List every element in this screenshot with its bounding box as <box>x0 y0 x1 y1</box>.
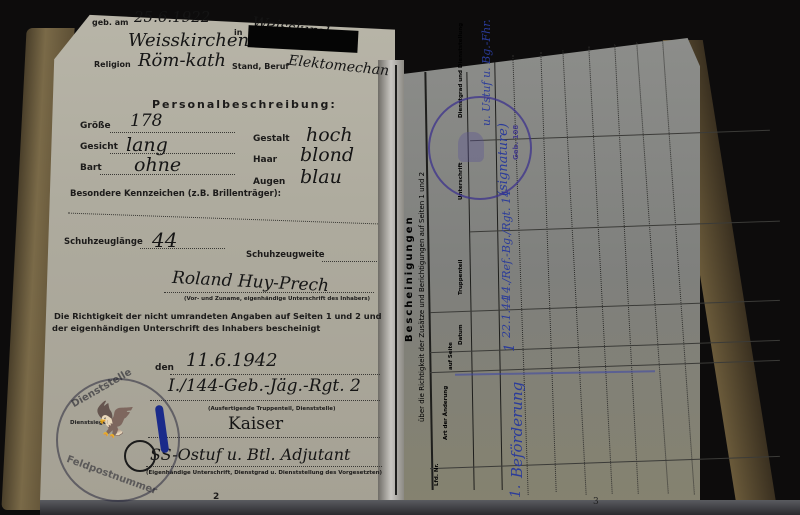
row-truppenteil: 14./Ref.-Bg./Rgt. 14 <box>500 190 513 300</box>
right-page <box>390 38 700 508</box>
cert-date-value: 11.6.1942 <box>186 350 278 371</box>
religion-label: Religion <box>94 60 131 69</box>
field-label-hair: Haar <box>253 155 277 165</box>
field-value-eyes: blau <box>300 166 342 188</box>
field-value-beard: ohne <box>134 154 181 176</box>
right-page-title: Bescheinigungen <box>404 215 415 342</box>
column-header-seite: auf Seite <box>448 342 454 370</box>
field-value-face: lang <box>126 134 168 156</box>
wreath-emblem-icon <box>124 440 156 472</box>
section-title: Personalbeschreibung: <box>152 98 337 111</box>
column-header-datum: Datum <box>458 324 464 345</box>
field-label-height: Größe <box>80 121 111 131</box>
row-datum: 22.1.44 <box>500 296 513 338</box>
field-label-beard: Bart <box>80 163 102 173</box>
birth-date-label: geb. am <box>92 18 128 27</box>
row-art: Beförderung <box>508 382 526 478</box>
right-page-subtitle: über die Richtigkeit der Zusätze und Ber… <box>418 172 426 422</box>
field-label-eyes: Augen <box>253 177 285 187</box>
unit-value: I./144-Geb.-Jäg.-Rgt. 2 <box>168 376 361 396</box>
row-seite: 1 <box>502 343 518 352</box>
table-surface <box>40 500 800 515</box>
field-label-face: Gesicht <box>80 142 118 152</box>
eagle-emblem-right-icon <box>458 132 484 162</box>
birth-date-value: 25.6.1922 <box>134 8 210 26</box>
document-photo: geb. am 25.6.1922 in Weisskirchen Weissk… <box>0 0 800 515</box>
stamp-right-text: Geb. 108 <box>512 125 520 160</box>
column-header-truppenteil: Truppenteil <box>458 260 464 295</box>
certification-text-1: Die Richtigkeit der nicht umrandeten Ang… <box>54 311 382 321</box>
shoe-length-value: 44 <box>152 228 177 252</box>
holder-signature-caption: (Vor- und Zuname, eigenhändige Unterschr… <box>184 296 370 302</box>
page-number-left: 2 <box>213 492 219 502</box>
shoe-length-label: Schuhzeuglänge <box>64 237 143 247</box>
field-value-height: 178 <box>130 111 162 131</box>
column-header-art: Art der Änderung <box>443 386 449 440</box>
row-nr: 1. <box>508 485 524 498</box>
cert-date-label: den <box>155 363 174 373</box>
officer-caption: (Eigenhändige Unterschrift, Dienstgrad u… <box>146 470 382 476</box>
page-number-right: 3 <box>593 497 599 507</box>
officer-name: Kaiser <box>228 414 283 434</box>
eagle-emblem-icon: 🦅 <box>94 400 136 440</box>
field-label-build: Gestalt <box>253 134 290 144</box>
occupation-label: Stand, Beruf <box>232 62 289 71</box>
unit-caption: (Ausfertigende Truppenteil, Dienststelle… <box>208 406 336 412</box>
special-marks-label: Besondere Kennzeichen (z.B. Brillenträge… <box>70 189 281 199</box>
shoe-width-label: Schuhzeugweite <box>246 250 325 260</box>
column-header-nr: Lfd. Nr. <box>434 464 440 486</box>
field-value-hair: blond <box>300 144 354 166</box>
officer-rank: SS-Ostuf u. Btl. Adjutant <box>150 445 350 464</box>
religion-value: Röm-kath <box>138 50 226 71</box>
certification-text-2: der eigenhändigen Unterschrift des Inhab… <box>52 323 320 333</box>
birth-place-value: Weisskirchen <box>128 30 249 51</box>
field-value-build: hoch <box>306 124 353 146</box>
